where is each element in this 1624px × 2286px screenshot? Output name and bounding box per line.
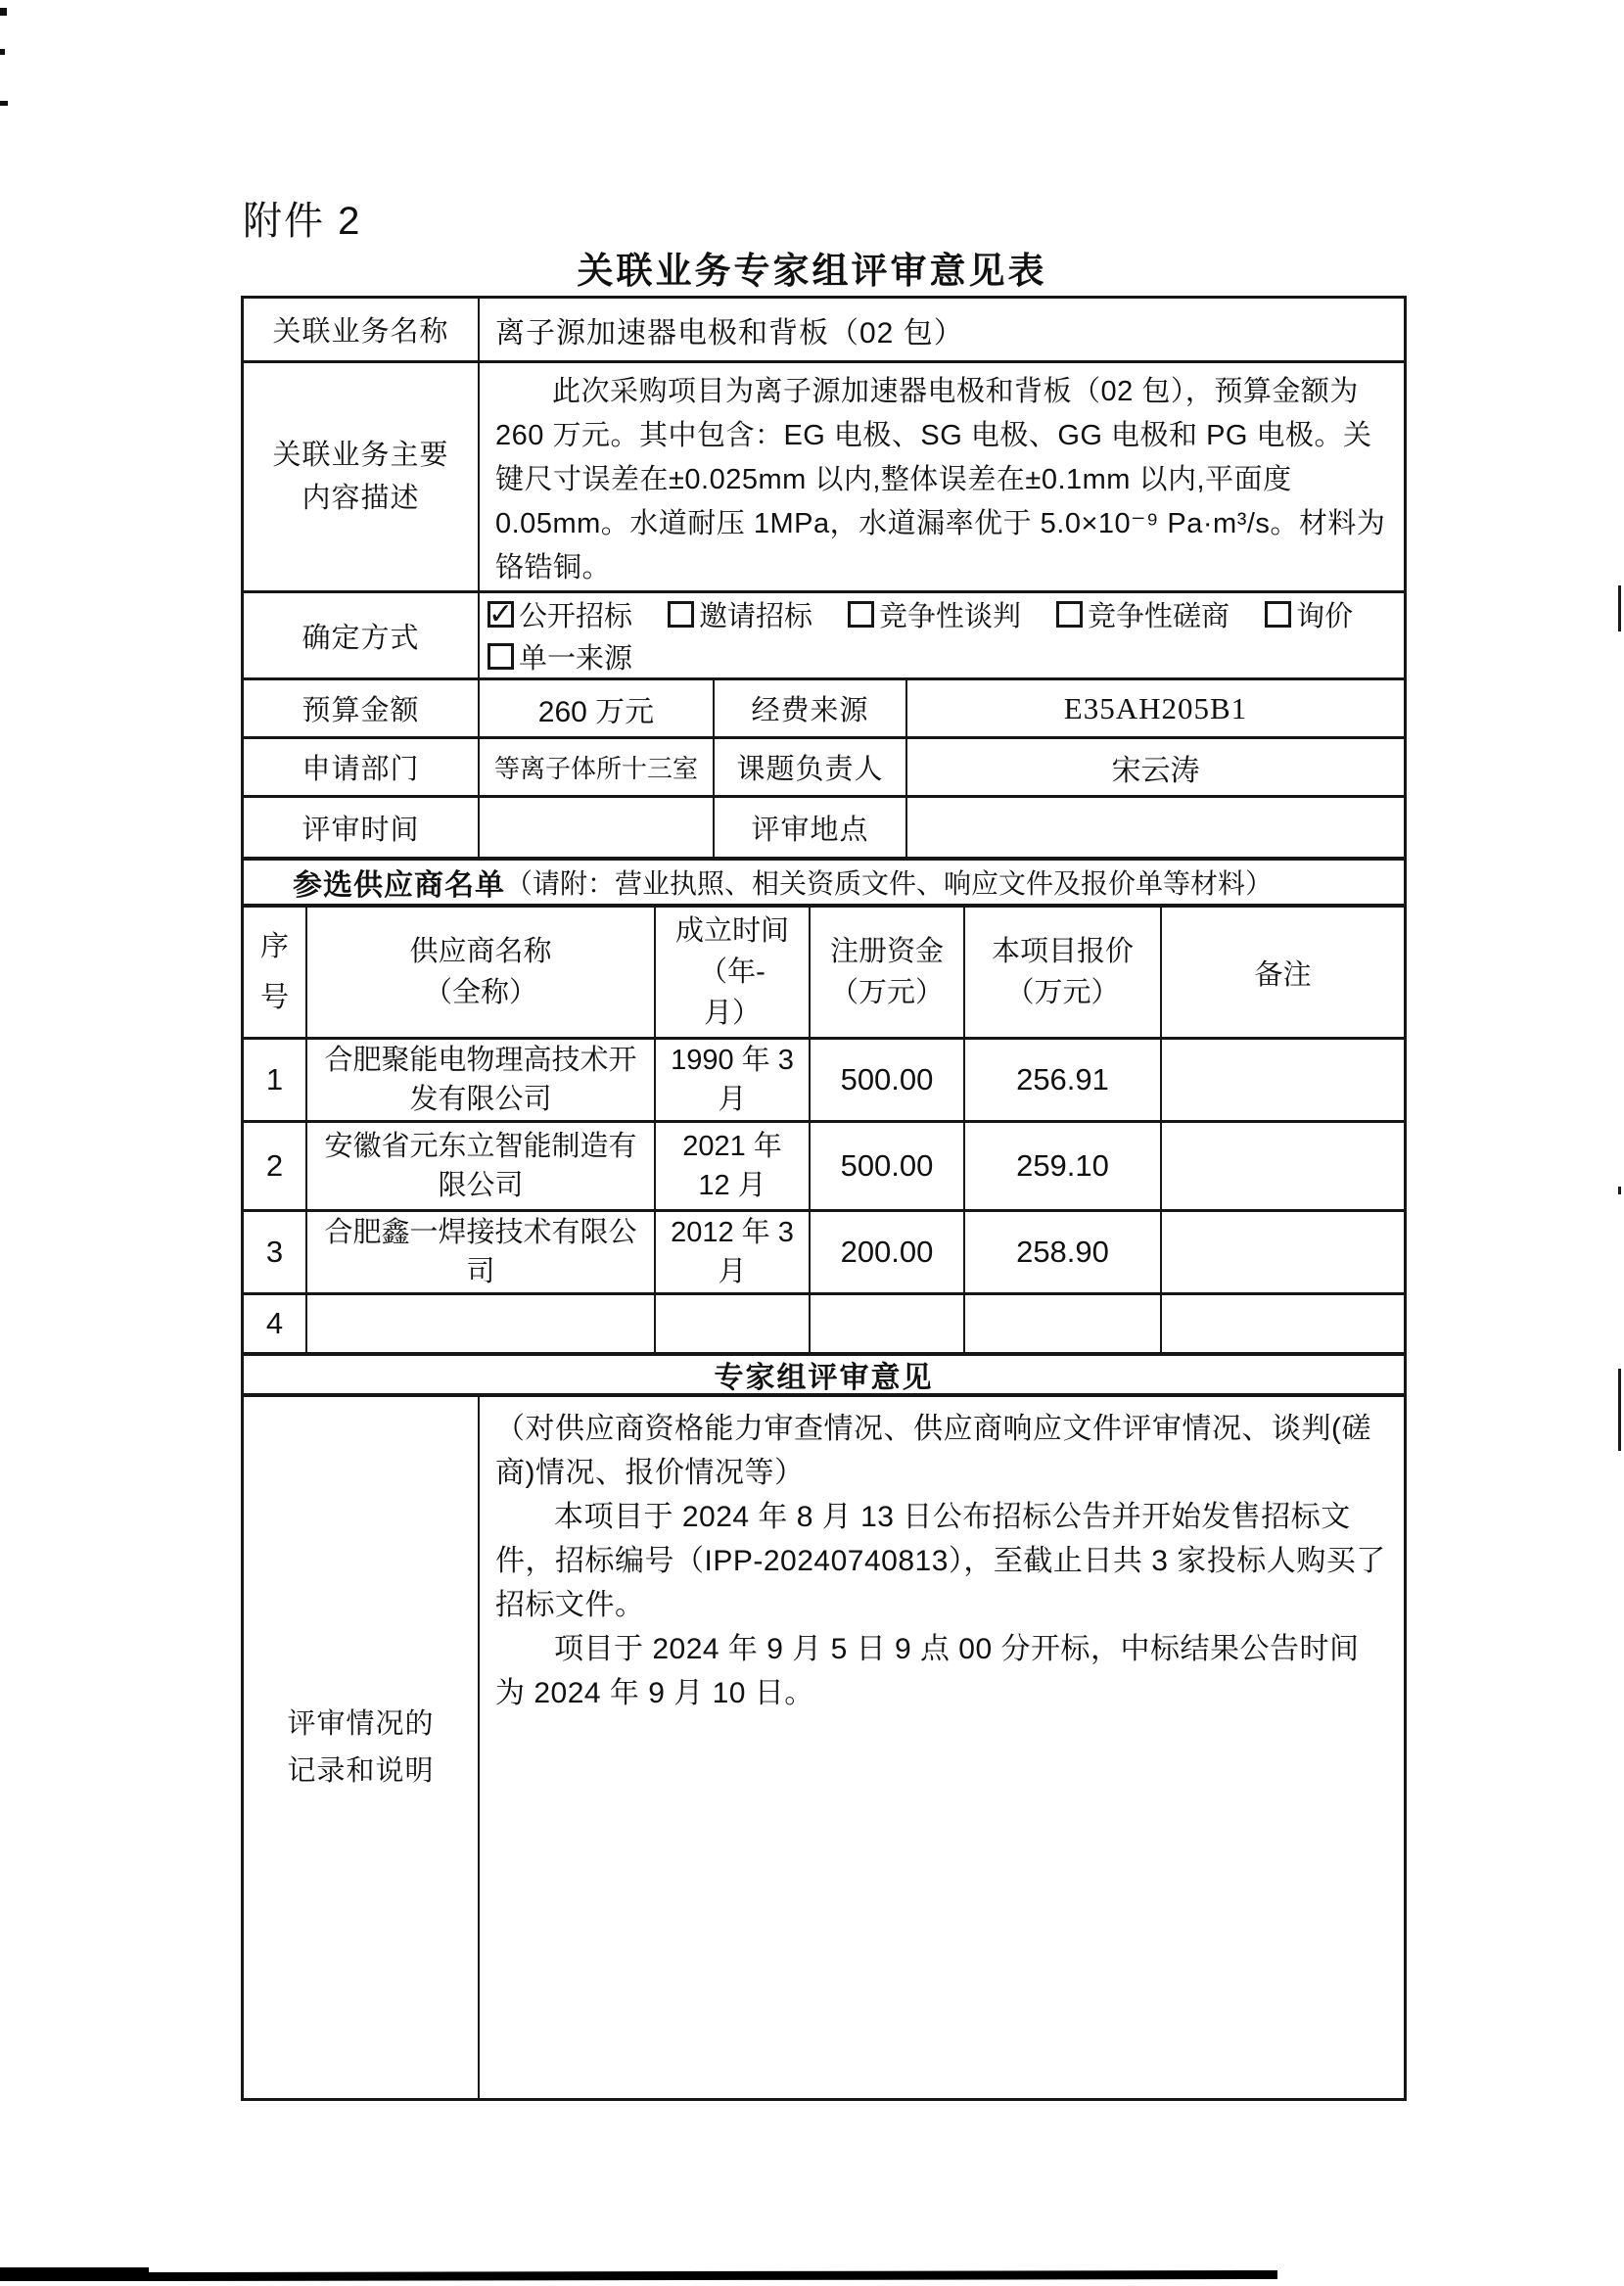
supplier-quote [963, 1295, 1160, 1352]
header-quote-line1: 本项目报价 [992, 931, 1134, 972]
review-record-row: 评审情况的 记录和说明 （对供应商资格能力审查情况、供应商响应文件评审情况、谈判… [244, 1393, 1404, 2098]
review-record-content: （对供应商资格能力审查情况、供应商响应文件评审情况、谈判(磋商)情况、报价情况等… [478, 1397, 1404, 2098]
option-label: 竞争性谈判 [879, 594, 1021, 634]
method-options: ✓ 公开招标 邀请招标 竞争性谈判 竞争性磋商 询价 [478, 593, 1404, 677]
scan-speck [0, 49, 5, 55]
description-text: 此次采购项目为离子源加速器电极和背板（02 包），预算金额为 260 万元。其中… [495, 370, 1388, 590]
funding-label: 经费来源 [713, 680, 905, 736]
option-label: 询价 [1296, 594, 1353, 634]
scan-bottom-bar [0, 2267, 149, 2281]
checkbox-checked-icon: ✓ [487, 601, 514, 628]
header-capital-line2: （万元） [830, 972, 944, 1013]
checkbox-icon [487, 643, 514, 670]
supplier-quote: 258.90 [963, 1212, 1160, 1292]
review-place-value [905, 798, 1404, 857]
method-row: 确定方式 ✓ 公开招标 邀请招标 竞争性谈判 竞争性磋商 [244, 590, 1404, 677]
supplier-quote: 259.10 [963, 1123, 1160, 1209]
review-record-label-line1: 评审情况的 [287, 1701, 434, 1748]
header-capital-line1: 注册资金 [830, 931, 944, 972]
description-label: 关联业务主要 内容描述 [244, 363, 478, 590]
review-paragraph-1: 本项目于 2024 年 8 月 13 日公布招标公告并开始发售招标文件，招标编号… [495, 1495, 1386, 1627]
checkbox-icon [668, 601, 694, 628]
leader-label: 课题负责人 [713, 739, 905, 795]
checkbox-icon [1056, 601, 1083, 628]
method-options-line2: 单一来源 [487, 635, 668, 677]
supplier-remark [1160, 1295, 1404, 1352]
header-supplier-name-line1: 供应商名称 [409, 931, 551, 972]
supplier-founded-line2: 月 [671, 1252, 794, 1291]
supplier-capital: 500.00 [809, 1040, 963, 1120]
supplier-founded-line2: 月 [671, 1080, 794, 1119]
header-founded-line2: （年- [675, 952, 789, 993]
scan-speck [0, 8, 7, 16]
supplier-table-header: 序 号 供应商名称 （全称） 成立时间 （年- 月） 注册资金 （万元） [244, 904, 1404, 1037]
supplier-row-2: 2 安徽省元东立智能制造有限公司 2021 年 12 月 500.00 259.… [244, 1120, 1404, 1209]
scan-edge-line [1618, 1369, 1621, 1451]
supplier-section-header: 参选供应商名单（请附：营业执照、相关资质文件、响应文件及报价单等材料） [244, 857, 1404, 904]
method-label: 确定方式 [244, 593, 478, 677]
scan-speck [0, 101, 8, 106]
department-value: 等离子体所十三室 [478, 739, 713, 795]
page-title: 关联业务专家组评审意见表 [0, 241, 1624, 294]
supplier-remark [1160, 1123, 1404, 1209]
description-row: 关联业务主要 内容描述 此次采购项目为离子源加速器电极和背板（02 包），预算金… [244, 360, 1404, 590]
review-form-table: 关联业务名称 离子源加速器电极和背板（02 包） 关联业务主要 内容描述 此次采… [241, 296, 1407, 2101]
scan-edge-line [1618, 585, 1621, 631]
review-record-label: 评审情况的 记录和说明 [244, 1397, 478, 2098]
scanned-document-page: { "colors": { "ink": "#111111", "paper":… [0, 0, 1624, 2286]
supplier-name: 合肥鑫一焊接技术有限公司 [305, 1212, 654, 1292]
supplier-seq: 4 [244, 1295, 305, 1352]
option-label: 单一来源 [519, 636, 632, 676]
checkbox-icon [848, 601, 874, 628]
header-seq-line2: 号 [260, 972, 289, 1023]
supplier-name [305, 1295, 654, 1352]
option-competitive-negotiation: 竞争性谈判 [848, 594, 1021, 634]
supplier-founded: 2012 年 3 月 [654, 1212, 809, 1292]
business-name-label: 关联业务名称 [244, 299, 478, 360]
supplier-name: 合肥聚能电物理高技术开发有限公司 [305, 1040, 654, 1120]
header-founded-line1: 成立时间 [675, 910, 789, 952]
header-seq-line1: 序 [260, 921, 289, 972]
option-label: 邀请招标 [699, 594, 812, 634]
review-time-row: 评审时间 评审地点 [244, 795, 1404, 857]
department-label: 申请部门 [244, 739, 478, 795]
supplier-section-note: （请附：营业执照、相关资质文件、响应文件及报价单等材料） [505, 863, 1273, 902]
option-public-bidding: ✓ 公开招标 [487, 594, 632, 634]
opinion-section-header: 专家组评审意见 [244, 1352, 1404, 1393]
supplier-row-1: 1 合肥聚能电物理高技术开发有限公司 1990 年 3 月 500.00 256… [244, 1037, 1404, 1120]
option-label: 公开招标 [519, 594, 632, 634]
supplier-quote: 256.91 [963, 1040, 1160, 1120]
funding-value: E35AH205B1 [905, 680, 1404, 736]
budget-label: 预算金额 [244, 680, 478, 736]
option-single-source: 单一来源 [487, 636, 632, 676]
supplier-seq: 3 [244, 1212, 305, 1292]
budget-row: 预算金额 260 万元 经费来源 E35AH205B1 [244, 677, 1404, 736]
option-competitive-consultation: 竞争性磋商 [1056, 594, 1230, 634]
supplier-remark [1160, 1040, 1404, 1120]
description-label-line2: 内容描述 [272, 477, 448, 520]
supplier-founded: 1990 年 3 月 [654, 1040, 809, 1120]
header-seq: 序 号 [244, 908, 305, 1037]
supplier-seq: 2 [244, 1123, 305, 1209]
supplier-founded-line2: 12 月 [682, 1166, 782, 1205]
leader-value: 宋云涛 [905, 739, 1404, 795]
supplier-capital: 200.00 [809, 1212, 963, 1292]
checkbox-icon [1265, 601, 1291, 628]
business-name-row: 关联业务名称 离子源加速器电极和背板（02 包） [244, 299, 1404, 360]
supplier-remark [1160, 1212, 1404, 1292]
review-record-label-line2: 记录和说明 [287, 1748, 434, 1795]
supplier-capital [809, 1295, 963, 1352]
review-paragraph-2: 项目于 2024 年 9 月 5 日 9 点 00 分开标，中标结果公告时间为 … [495, 1627, 1386, 1715]
header-supplier-name-line2: （全称） [409, 972, 551, 1013]
supplier-row-4: 4 [244, 1292, 1404, 1352]
supplier-founded [654, 1295, 809, 1352]
review-time-label: 评审时间 [244, 798, 478, 857]
review-time-value [478, 798, 713, 857]
header-capital: 注册资金 （万元） [809, 908, 963, 1037]
option-inquiry: 询价 [1265, 594, 1353, 634]
supplier-founded-line1: 2021 年 [682, 1127, 782, 1166]
supplier-row-3: 3 合肥鑫一焊接技术有限公司 2012 年 3 月 200.00 258.90 [244, 1209, 1404, 1292]
budget-value: 260 万元 [478, 680, 713, 736]
description-label-line1: 关联业务主要 [272, 434, 448, 477]
review-paragraph-note: （对供应商资格能力审查情况、供应商响应文件评审情况、谈判(磋商)情况、报价情况等… [495, 1407, 1386, 1495]
supplier-section-title: 参选供应商名单 [293, 861, 505, 904]
option-label: 竞争性磋商 [1088, 594, 1230, 634]
option-invited-bidding: 邀请招标 [668, 594, 812, 634]
method-options-line1: ✓ 公开招标 邀请招标 竞争性谈判 竞争性磋商 询价 [487, 593, 1388, 635]
attachment-label: 附件 2 [243, 190, 361, 246]
supplier-name: 安徽省元东立智能制造有限公司 [305, 1123, 654, 1209]
header-quote-line2: （万元） [992, 972, 1134, 1013]
header-founded-line3: 月） [675, 993, 789, 1034]
header-supplier-name: 供应商名称 （全称） [305, 908, 654, 1037]
supplier-capital: 500.00 [809, 1123, 963, 1209]
description-value: 此次采购项目为离子源加速器电极和背板（02 包），预算金额为 260 万元。其中… [478, 363, 1404, 590]
header-founded: 成立时间 （年- 月） [654, 908, 809, 1037]
department-row: 申请部门 等离子体所十三室 课题负责人 宋云涛 [244, 736, 1404, 795]
scan-bottom-bar [137, 2270, 1277, 2281]
supplier-founded-line1: 1990 年 3 [671, 1041, 794, 1080]
business-name-value: 离子源加速器电极和背板（02 包） [478, 299, 1404, 360]
header-remark: 备注 [1160, 908, 1404, 1037]
supplier-seq: 1 [244, 1040, 305, 1120]
supplier-founded-line1: 2012 年 3 [671, 1213, 794, 1252]
header-quote: 本项目报价 （万元） [963, 908, 1160, 1037]
scan-edge-line [1618, 1187, 1621, 1194]
supplier-founded: 2021 年 12 月 [654, 1123, 809, 1209]
review-place-label: 评审地点 [713, 798, 905, 857]
